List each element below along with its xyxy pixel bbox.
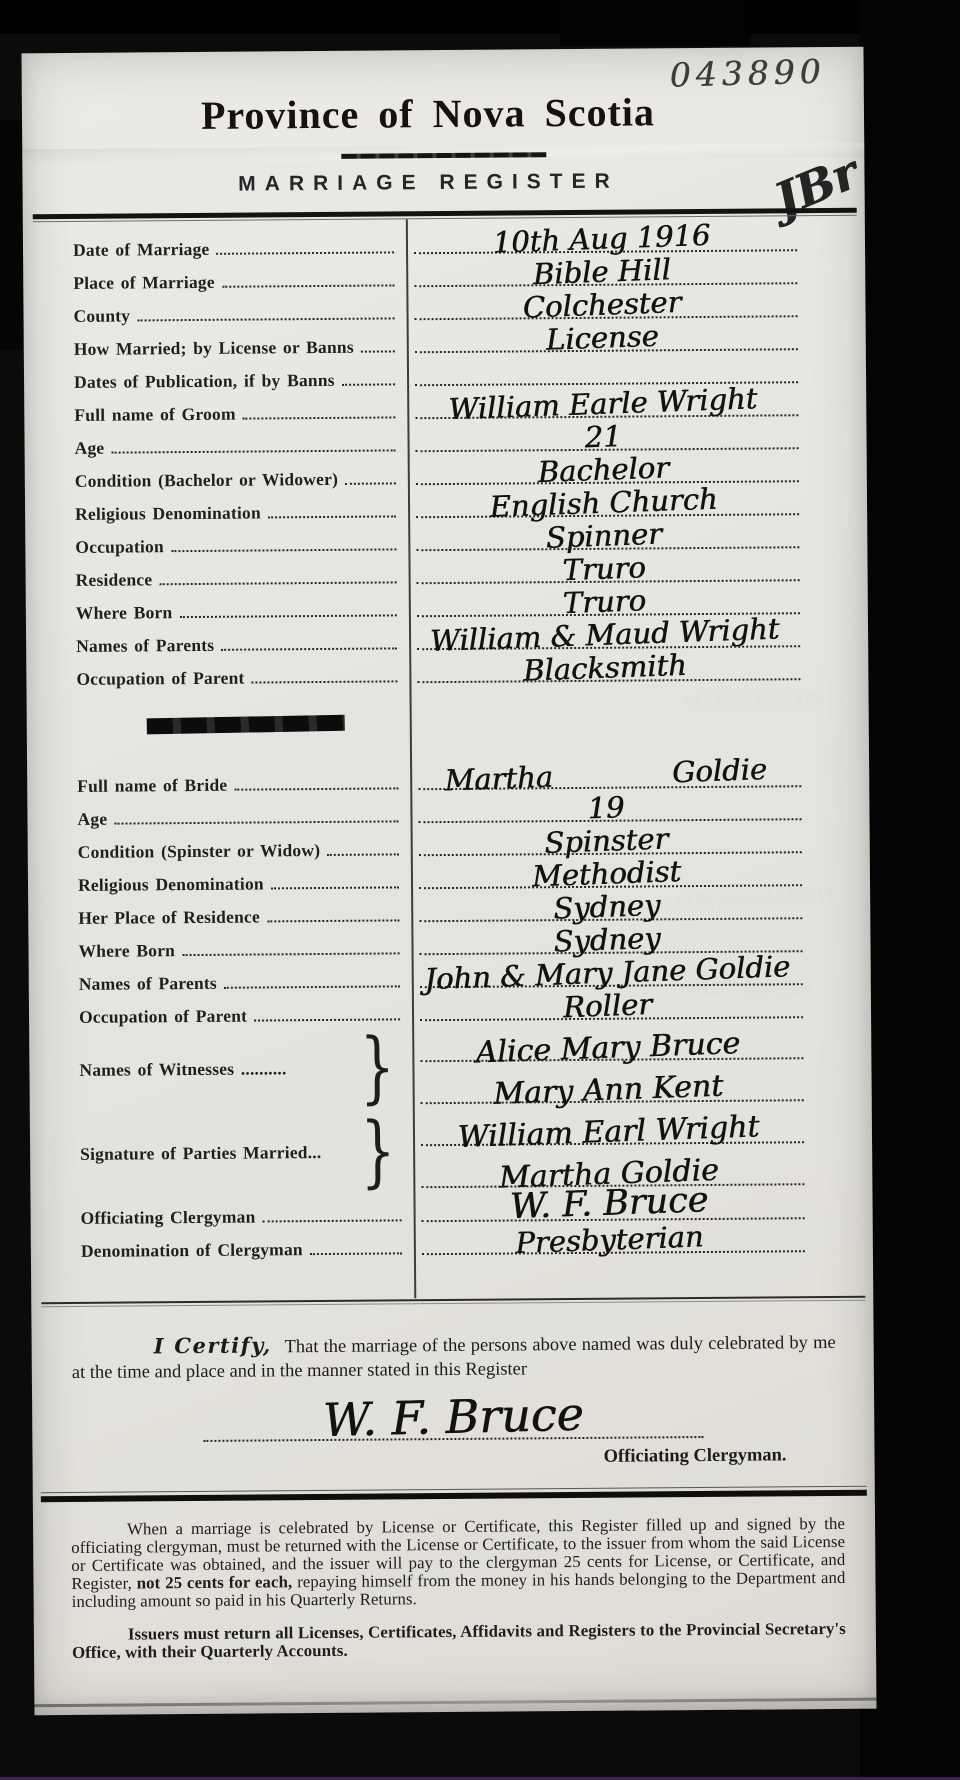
dot-leader bbox=[114, 820, 398, 824]
dot-leader bbox=[137, 317, 394, 321]
field-label: Denomination of Clergyman bbox=[81, 1239, 303, 1262]
footer-notes: When a marriage is celebrated by License… bbox=[71, 1515, 846, 1662]
dot-leader bbox=[171, 548, 396, 552]
scanner-background-top bbox=[0, 0, 960, 34]
brace-glyph: } bbox=[360, 1032, 395, 1102]
field-label: Dates of Publication, if by Banns bbox=[74, 370, 335, 393]
field-label: Date of Marriage bbox=[73, 239, 210, 261]
field-label: Age bbox=[75, 438, 105, 459]
field-label: Where Born bbox=[78, 940, 175, 962]
dot-leader bbox=[271, 886, 399, 889]
field-label: Condition (Spinster or Widow) bbox=[78, 840, 321, 863]
dot-leader bbox=[327, 853, 399, 856]
dot-leader bbox=[222, 284, 395, 287]
dot-leader bbox=[224, 985, 400, 988]
page-title: Province of Nova Scotia bbox=[52, 87, 804, 140]
register-paper: 043890 JBr Province of Nova Scotia MARRI… bbox=[21, 47, 876, 1716]
dot-leader bbox=[263, 1219, 402, 1222]
redaction-bar bbox=[147, 715, 345, 735]
field-label: Occupation of Parent bbox=[76, 668, 244, 690]
clergyman-signature-line: W. F. Bruce bbox=[203, 1390, 703, 1448]
field-label: Religious Denomination bbox=[78, 873, 264, 895]
title-divider bbox=[341, 152, 546, 159]
brace-glyph: } bbox=[361, 1116, 396, 1186]
footer-thick-rule bbox=[41, 1486, 867, 1505]
issuers-instructions-paragraph: Issuers must return all Licenses, Certif… bbox=[72, 1620, 846, 1662]
register-subtitle: MARRIAGE REGISTER bbox=[22, 168, 834, 198]
field-label: Names of Witnesses .......... bbox=[79, 1058, 286, 1081]
field-label: Occupation bbox=[75, 536, 164, 558]
register-form: Date of Marriage 10th Aug 1916 Place of … bbox=[23, 208, 874, 1312]
dot-leader bbox=[159, 581, 396, 585]
dot-leader bbox=[182, 952, 399, 956]
field-label: Names of Parents bbox=[76, 635, 214, 657]
field-label: Age bbox=[77, 809, 107, 830]
dot-leader bbox=[345, 482, 396, 484]
field-label: Place of Marriage bbox=[73, 272, 215, 294]
field-label: Residence bbox=[76, 569, 153, 591]
dot-leader bbox=[217, 251, 395, 254]
dot-leader bbox=[179, 614, 396, 618]
form-row-clergyman-denomination: Denomination of Clergyman Presbyterian bbox=[31, 1223, 873, 1263]
dot-leader bbox=[310, 1252, 402, 1255]
certify-lead: I Certify, bbox=[154, 1332, 272, 1358]
field-label: How Married; by License or Banns bbox=[74, 337, 354, 360]
license-instructions-paragraph: When a marriage is celebrated by License… bbox=[71, 1515, 846, 1611]
field-label: Condition (Bachelor or Widower) bbox=[75, 469, 338, 492]
dot-leader bbox=[267, 919, 399, 922]
scanner-background-right bbox=[860, 0, 960, 1780]
field-label: Her Place of Residence bbox=[78, 906, 260, 928]
field-label: Names of Parents bbox=[79, 973, 217, 995]
certification-statement: I Certify, That the marriage of the pers… bbox=[72, 1329, 836, 1385]
dot-leader bbox=[221, 647, 397, 650]
field-label: Full name of Bride bbox=[77, 775, 227, 797]
section-end-rule bbox=[41, 1296, 865, 1311]
dot-leader bbox=[268, 515, 396, 518]
dot-leader bbox=[361, 350, 395, 352]
signature-caption: Officiating Clergyman. bbox=[32, 1445, 786, 1472]
form-row-groom-parent-occupation: Occupation of Parent Blacksmith bbox=[26, 651, 868, 691]
dot-leader bbox=[111, 449, 395, 453]
field-label: Full name of Groom bbox=[74, 404, 236, 426]
dot-leader bbox=[252, 680, 398, 683]
scanned-marriage-register-page: { "document": { "doc_number": "043890", … bbox=[0, 0, 960, 1780]
dot-leader bbox=[342, 383, 395, 385]
page-content: Province of Nova Scotia MARRIAGE REGISTE… bbox=[21, 47, 876, 1663]
field-label: Signature of Parties Married... bbox=[80, 1142, 321, 1165]
dot-leader bbox=[243, 416, 396, 419]
clergyman-signature-handwritten: W. F. Bruce bbox=[203, 1384, 704, 1451]
dot-leader bbox=[234, 787, 398, 790]
form-row-witnesses: Names of Witnesses .......... } Alice Ma… bbox=[29, 1022, 872, 1113]
scanner-background-notch bbox=[560, 0, 750, 46]
field-label: Religious Denomination bbox=[75, 502, 261, 524]
field-label: Occupation of Parent bbox=[79, 1006, 247, 1028]
field-label: Where Born bbox=[76, 602, 173, 624]
field-label: Officiating Clergyman bbox=[81, 1207, 256, 1229]
dot-leader bbox=[254, 1018, 400, 1021]
field-label: County bbox=[73, 305, 130, 326]
